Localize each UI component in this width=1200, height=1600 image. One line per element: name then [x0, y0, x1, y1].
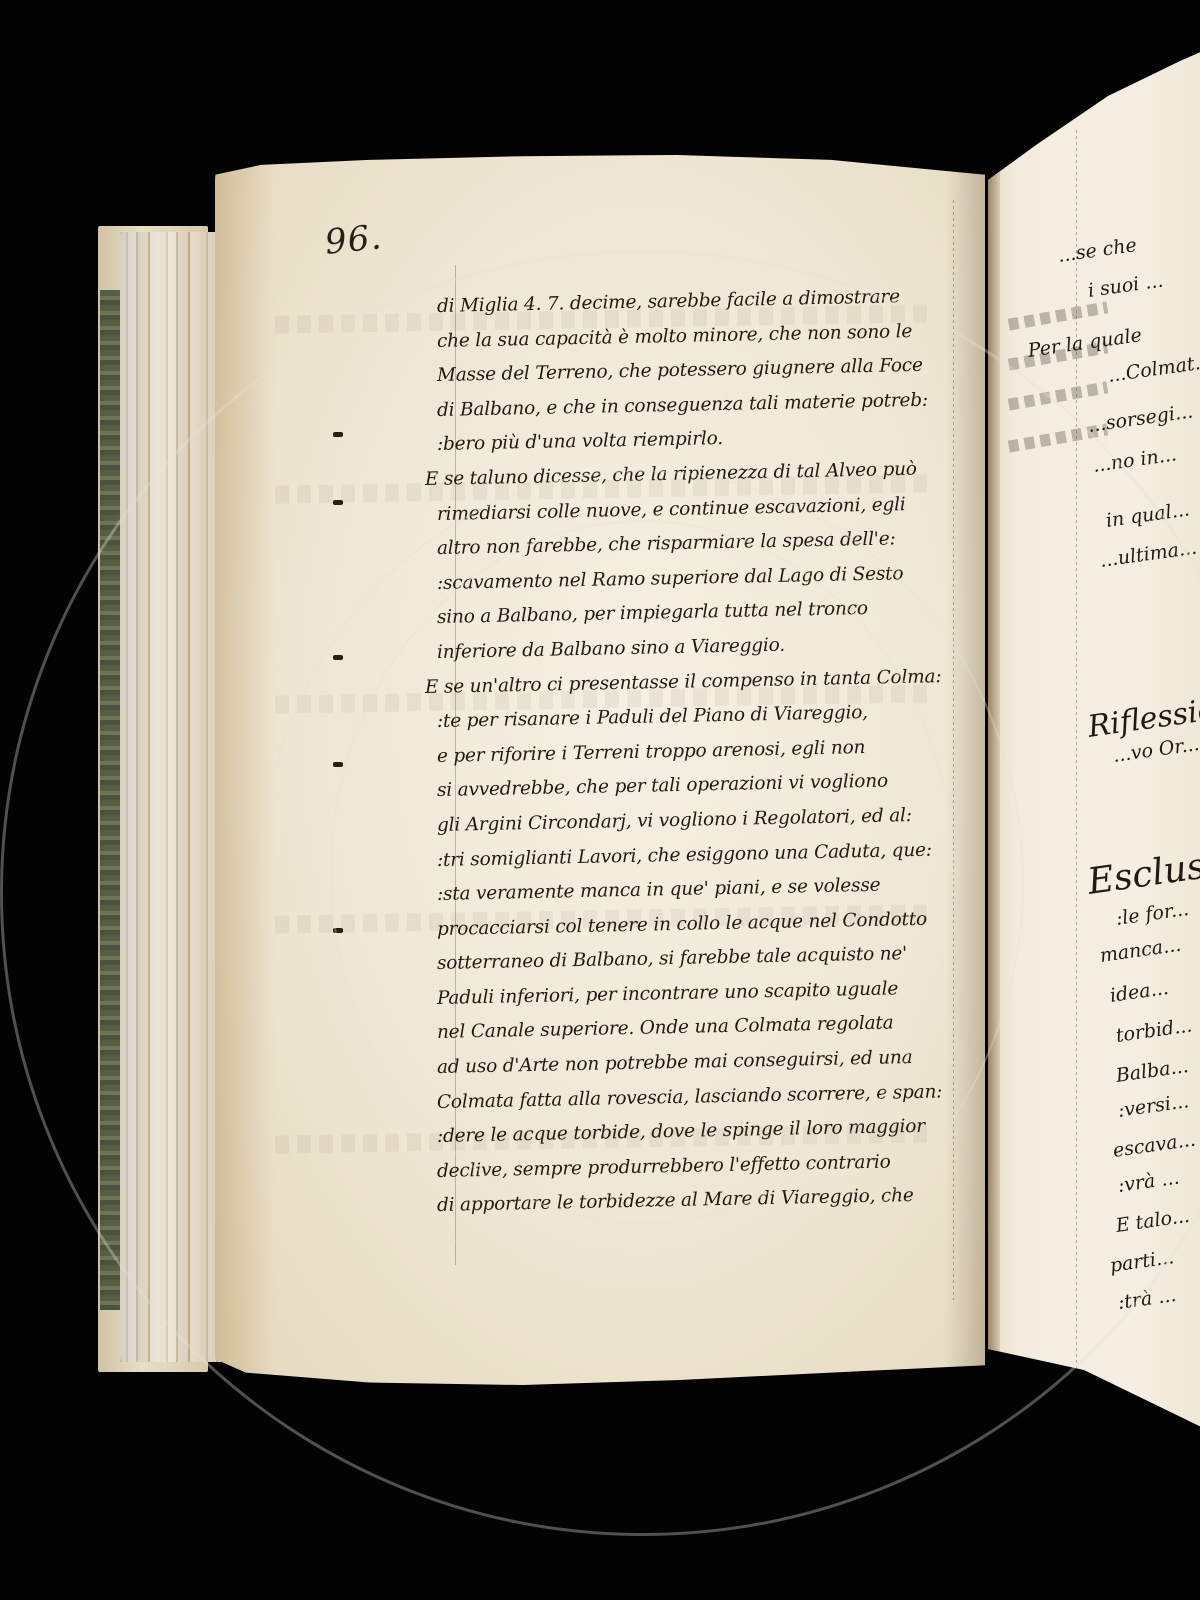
folio-number: 96.: [323, 217, 384, 263]
right-page-margin-rule: [1076, 130, 1077, 1430]
right-page: ...se che i suoi ... Per la quale ...Col…: [988, 40, 1200, 1440]
text-fragment: ...se che: [1056, 234, 1138, 267]
text-fragment: ...Colmat...: [1106, 350, 1200, 386]
margin-mark: [333, 655, 343, 660]
margin-mark: [333, 500, 343, 505]
text-fragment: :le for...: [1114, 898, 1190, 930]
text-fragment: :trà ...: [1116, 1284, 1177, 1314]
text-fragment: E talo...: [1114, 1205, 1191, 1237]
text-fragment: escava...: [1111, 1129, 1196, 1162]
text-fragment: in qual...: [1104, 498, 1191, 532]
bleed-through-text: [1008, 301, 1109, 330]
bleed-through-text: [1008, 381, 1109, 410]
text-fragment: i suoi ...: [1086, 270, 1164, 302]
page-fore-edges: [120, 232, 230, 1362]
manuscript-photo: 96. di Miglia 4. 7. decime, sarebbe faci…: [0, 0, 1200, 1600]
margin-mark: [333, 762, 343, 767]
right-page-gutter: [988, 40, 1000, 1440]
text-fragment: idea...: [1108, 977, 1169, 1007]
margin-mark: [333, 432, 343, 437]
left-page: 96. di Miglia 4. 7. decime, sarebbe faci…: [215, 150, 985, 1390]
text-fragment: manca...: [1098, 934, 1182, 967]
handwritten-text-block: di Miglia 4. 7. decime, sarebbe facile a…: [437, 290, 987, 1224]
text-fragment: Balba...: [1114, 1055, 1189, 1087]
page-foxing: [215, 150, 275, 1390]
marbled-cover-edge: [100, 290, 120, 1310]
text-fragment: torbid...: [1114, 1014, 1193, 1046]
text-fragment: ...ultima...: [1098, 537, 1198, 572]
text-fragment: ...sorsegi...: [1086, 400, 1194, 437]
margin-mark: [333, 928, 343, 933]
text-fragment: ...no in...: [1091, 443, 1178, 477]
text-fragment: Esclusa...: [1085, 838, 1200, 903]
text-fragment: :vrà ...: [1116, 1167, 1180, 1197]
text-fragment: parti...: [1108, 1246, 1175, 1277]
text-fragment: :versi...: [1116, 1090, 1190, 1122]
